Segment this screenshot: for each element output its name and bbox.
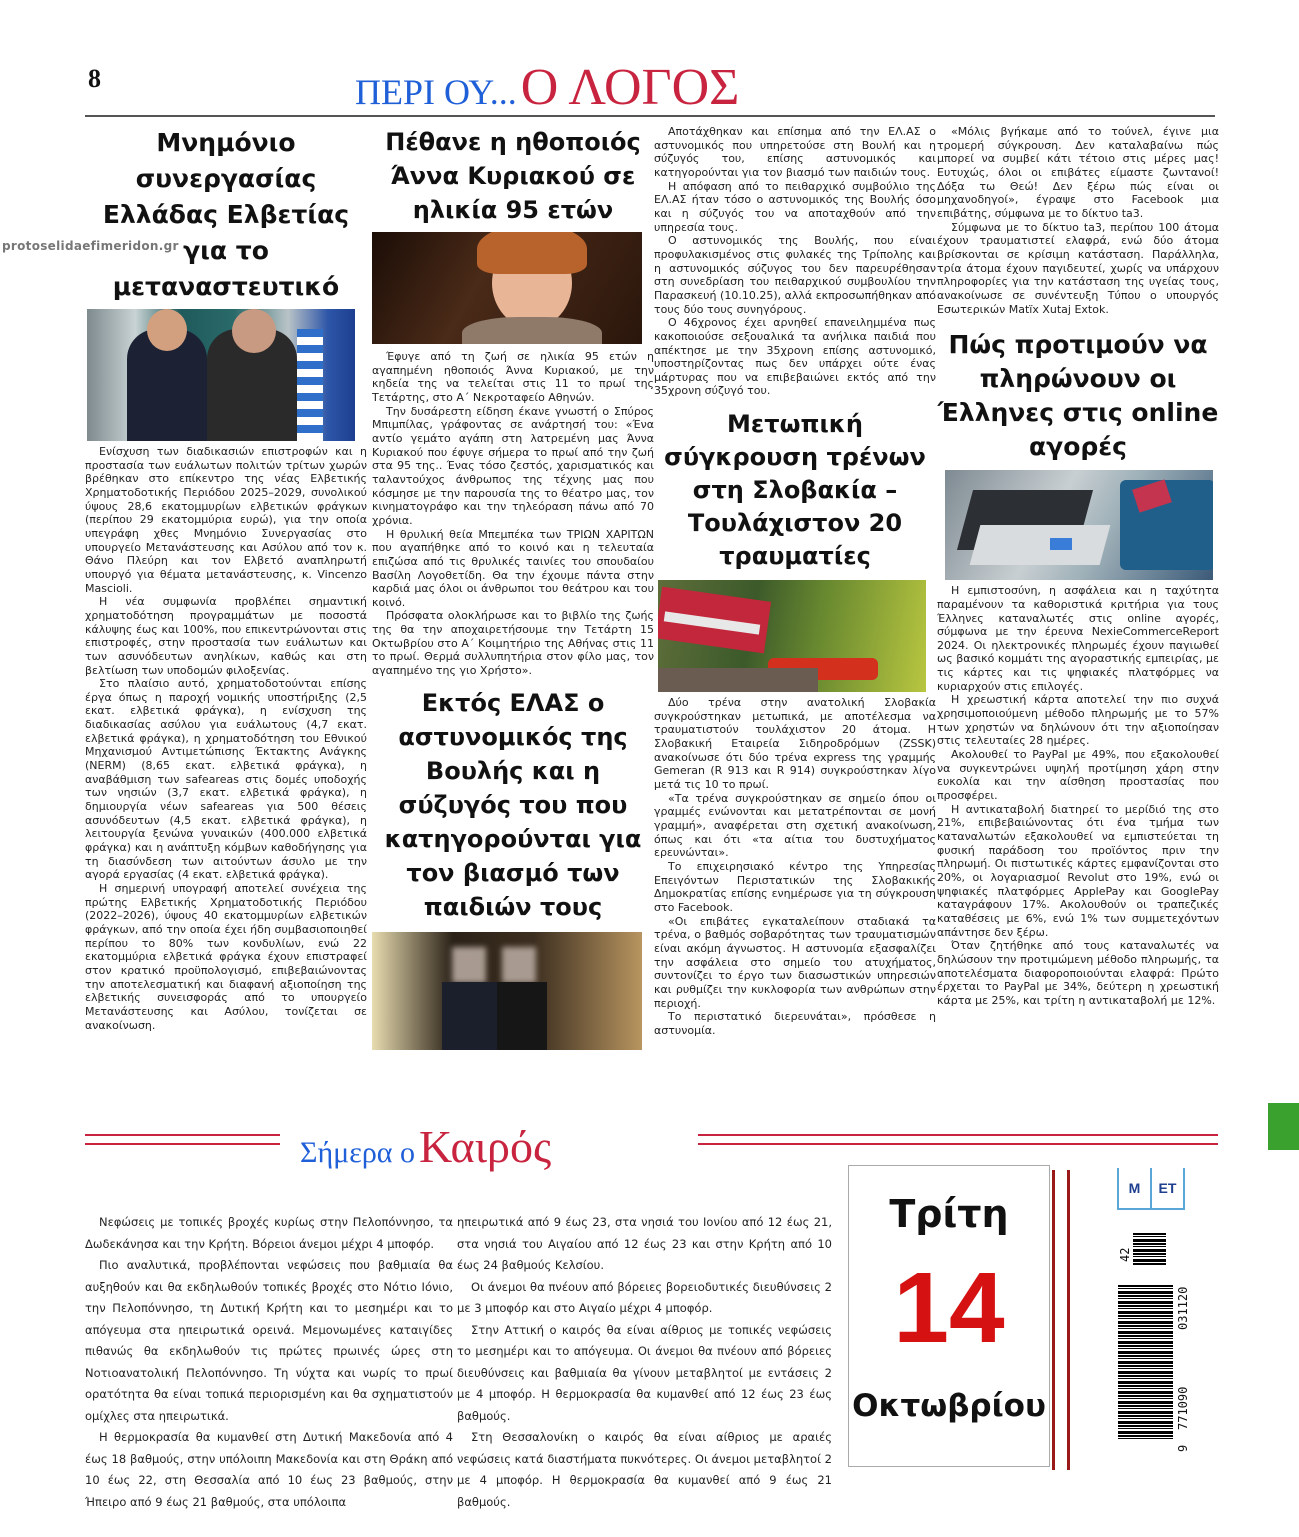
- logo-left: Μ: [1119, 1168, 1150, 1208]
- paragraph: Το επιχειρησιακό κέντρο της Υπηρεσίας Επ…: [654, 860, 936, 915]
- publisher-book-logo-icon: Μ ΕΤ: [1117, 1168, 1185, 1210]
- paragraph: «Μόλις βγήκαμε από το τούνελ, έγινε μια …: [937, 125, 1219, 221]
- weather-column-1: Νεφώσεις με τοπικές βροχές κυρίως στην Π…: [85, 1212, 453, 1513]
- weather-rule-right: [698, 1134, 1218, 1145]
- paragraph: Η απόφαση από το πειθαρχικό συμβούλιο τη…: [654, 180, 936, 235]
- paragraph: Η χρεωστική κάρτα αποτελεί την πιο συχνά…: [937, 693, 1219, 748]
- article-body-police: Αποτάχθηκαν και επίσημα από την ΕΛ.ΑΣ ο …: [654, 125, 936, 398]
- paragraph: Δύο τρένα στην ανατολική Σλοβακία συγκρο…: [654, 696, 936, 792]
- weather-paragraph: Νεφώσεις με τοπικές βροχές κυρίως στην Π…: [85, 1212, 453, 1255]
- weather-column-2: ηπειρωτικά από 9 έως 23, στα νησιά του Ι…: [457, 1212, 832, 1513]
- headline-payments: Πώς προτιμούν να πληρώνουν οι Έλληνες στ…: [937, 328, 1219, 464]
- article-body-swiss: Ενίσχυση των διαδικασιών επιστροφών και …: [85, 445, 367, 1032]
- date-calendar: Τρίτη 14 Οκτωβρίου: [848, 1165, 1050, 1467]
- weather-paragraph: ηπειρωτικά από 9 έως 23, στα νησιά του Ι…: [457, 1212, 832, 1277]
- headline-police: Εκτός ΕΛΑΣ ο αστυνομικός της Βουλής και …: [372, 686, 654, 924]
- article-swiss: Μνημόνιο συνεργασίας Ελλάδας Ελβετίας γι…: [85, 125, 367, 1032]
- calendar-page-edges: [1052, 1170, 1070, 1470]
- article-body-payments: Η εμπιστοσύνη, η ασφάλεια και η ταχύτητα…: [937, 584, 1219, 1007]
- article-body-trains: Δύο τρένα στην ανατολική Σλοβακία συγκρο…: [654, 696, 936, 1037]
- weather-paragraph: Οι άνεμοι θα πνέουν από βόρειες βορειοδυ…: [457, 1277, 832, 1320]
- headline-swiss: Μνημόνιο συνεργασίας Ελλάδας Ελβετίας γι…: [85, 125, 367, 305]
- paragraph: Η θρυλική θεία Μπεμπέκα των ΤΡΙΩΝ ΧΑΡΙΤΩ…: [372, 528, 654, 610]
- weather-paragraph: Πιο αναλυτικά, προβλέπονται νεφώσεις που…: [85, 1255, 453, 1427]
- paragraph: Αποτάχθηκαν και επίσημα από την ΕΛ.ΑΣ ο …: [654, 125, 936, 180]
- paragraph: Ο 46χρονος έχει αρνηθεί επανειλημμένα πω…: [654, 316, 936, 398]
- paragraph: Στο πλαίσιο αυτό, χρηματοδοτούνται επίση…: [85, 677, 367, 882]
- header-divider: [85, 115, 1215, 117]
- weather-title: Σήμερα ο Καιρός: [300, 1120, 551, 1173]
- headline-trains: Μετωπική σύγκρουση τρένων στη Σλοβακία –…: [654, 408, 936, 573]
- barcode-digits-a: 031120: [1176, 1287, 1190, 1330]
- paragraph: Ο αστυνομικός της Βουλής, που είναι προφ…: [654, 234, 936, 316]
- photo-couple-blurred: [372, 932, 642, 1050]
- paragraph: Η νέα συμφωνία προβλέπει σημαντική χρημα…: [85, 595, 367, 677]
- calendar-month: Οκτωβρίου: [849, 1388, 1049, 1424]
- paragraph: Έφυγε από τη ζωή σε ηλικία 95 ετών η αγα…: [372, 350, 654, 405]
- paragraph: Η εμπιστοσύνη, η ασφάλεια και η ταχύτητα…: [937, 584, 1219, 693]
- article-body-trains-cont: «Μόλις βγήκαμε από το τούνελ, έγινε μια …: [937, 125, 1219, 316]
- paragraph: Η αντικαταβολή διατηρεί το μερίδιό της σ…: [937, 803, 1219, 940]
- isbn-barcode-icon: [1118, 1285, 1173, 1440]
- photo-train-crash: [658, 580, 926, 692]
- logo-right: ΕΤ: [1150, 1168, 1183, 1208]
- paragraph: Πρόσφατα ολοκλήρωσε και το βιβλίο της ζω…: [372, 609, 654, 677]
- page-number: 8: [88, 64, 101, 94]
- masthead-prefix: ΠΕΡΙ ΟΥ...: [355, 72, 517, 112]
- weather-title-prefix: Σήμερα ο: [300, 1136, 415, 1169]
- weather-paragraph: Στην Αττική ο καιρός θα είναι αίθριος με…: [457, 1320, 832, 1428]
- barcode-digits-b: 771090: [1176, 1387, 1190, 1430]
- section-color-tab: [1268, 1103, 1299, 1150]
- paragraph: Όταν ζητήθηκε από τους καταναλωτές να δη…: [937, 939, 1219, 1007]
- weather-paragraph: Στη Θεσσαλονίκη ο καιρός θα είναι αίθριο…: [457, 1427, 832, 1513]
- article-police-body: Αποτάχθηκαν και επίσημα από την ΕΛ.ΑΣ ο …: [654, 125, 936, 1038]
- paragraph: Το περιστατικό διερευνάται», πρόσθεσε η …: [654, 1010, 936, 1037]
- paragraph: «Τα τρένα συγκρούστηκαν σε σημείο όπου ο…: [654, 792, 936, 860]
- calendar-weekday: Τρίτη: [849, 1192, 1049, 1236]
- photo-actress: [372, 232, 642, 344]
- paragraph: Ενίσχυση των διαδικασιών επιστροφών και …: [85, 445, 367, 595]
- masthead: ΠΕΡΙ ΟΥ... Ο ΛΟΓΟΣ: [355, 58, 739, 117]
- issue-number: 42: [1118, 1248, 1132, 1262]
- article-actress: Πέθανε η ηθοποιός Άννα Κυριακού σε ηλικί…: [372, 125, 654, 1050]
- paragraph: Σύμφωνα με το δίκτυο ta3, περίπου 100 άτ…: [937, 221, 1219, 317]
- article-body-actress: Έφυγε από τη ζωή σε ηλικία 95 ετών η αγα…: [372, 350, 654, 678]
- photo-laptop-card: [945, 470, 1213, 580]
- paragraph: Ακολουθεί το PayPal με 49%, που εξακολου…: [937, 748, 1219, 803]
- photo-handshake: [87, 309, 355, 441]
- headline-actress: Πέθανε η ηθοποιός Άννα Κυριακού σε ηλικί…: [372, 125, 654, 227]
- weather-paragraph: Η θερμοκρασία θα κυμανθεί στη Δυτική Μακ…: [85, 1427, 453, 1513]
- barcode-digit-c: 9: [1176, 1445, 1190, 1452]
- article-payments: «Μόλις βγήκαμε από το τούνελ, έγινε μια …: [937, 125, 1219, 1008]
- paragraph: Η σημερινή υπογραφή αποτελεί συνέχεια τη…: [85, 882, 367, 1032]
- issue-barcode-icon: [1133, 1233, 1166, 1265]
- masthead-title: Ο ΛΟΓΟΣ: [521, 59, 740, 116]
- paragraph: «Οι επιβάτες εγκαταλείπουν σταδιακά τα τ…: [654, 915, 936, 1011]
- weather-title-main: Καιρός: [419, 1121, 551, 1172]
- weather-rule-left: [85, 1134, 280, 1145]
- calendar-day: 14: [849, 1258, 1049, 1358]
- paragraph: Την δυσάρεστη είδηση έκανε γνωστή ο Σπύρ…: [372, 405, 654, 528]
